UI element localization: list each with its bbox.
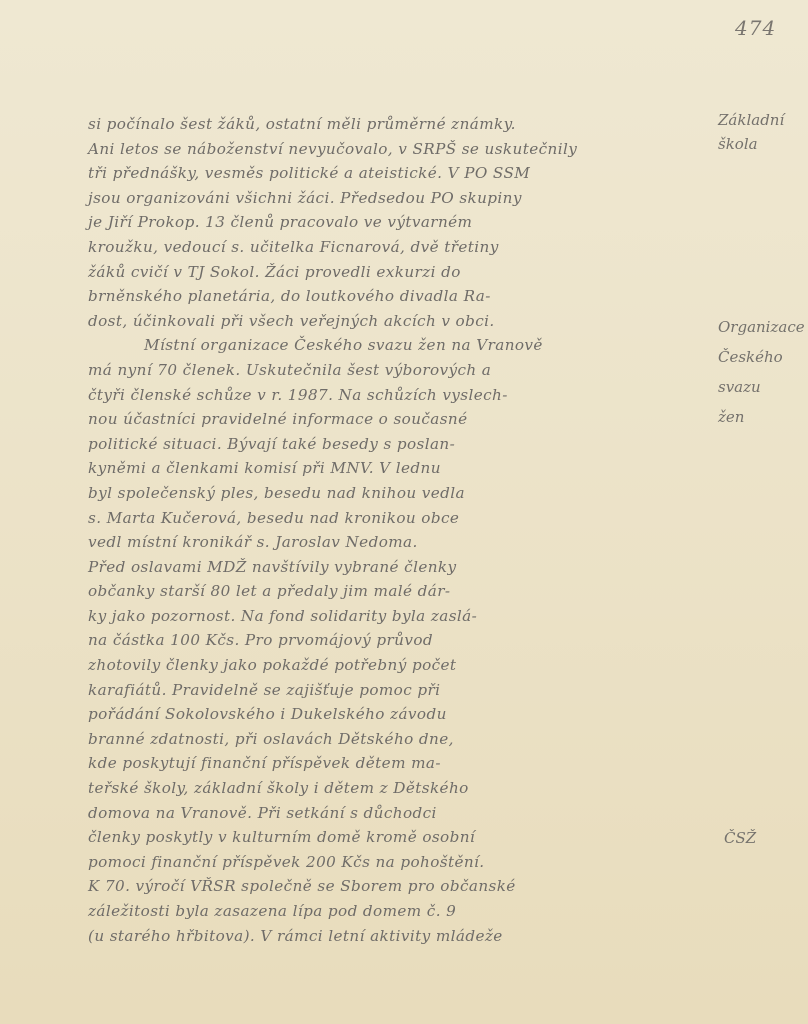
margin-note-line: žen: [718, 402, 805, 432]
margin-note-zakladni-skola: Základní škola: [718, 108, 784, 156]
text-line: dost, účinkovali při všech veřejných akc…: [88, 309, 708, 334]
text-line: pořádání Sokolovského i Dukelského závod…: [88, 702, 708, 727]
text-line: občanky starší 80 let a předaly jim malé…: [88, 579, 708, 604]
text-line: politické situaci. Bývají také besedy s …: [88, 432, 708, 457]
text-line: je Jiří Prokop. 13 členů pracovalo ve vý…: [88, 210, 708, 235]
text-line: na částka 100 Kčs. Pro prvomájový průvod: [88, 628, 708, 653]
text-line: vedl místní kronikář s. Jaroslav Nedoma.: [88, 530, 708, 555]
chronicle-page: 474 Základní škola Organizace Českého sv…: [0, 0, 808, 1024]
text-line: kde poskytují finanční příspěvek dětem m…: [88, 751, 708, 776]
text-line: žáků cvičí v TJ Sokol. Žáci provedli exk…: [88, 260, 708, 285]
text-line: branné zdatnosti, při oslavách Dětského …: [88, 727, 708, 752]
text-line: čtyři členské schůze v r. 1987. Na schůz…: [88, 383, 708, 408]
margin-note-line: škola: [718, 132, 784, 156]
text-line: (u starého hřbitova). V rámci letní akti…: [88, 924, 708, 949]
text-line: teřské školy, základní školy i dětem z D…: [88, 776, 708, 801]
text-line: tři přednášky, vesměs politické a ateist…: [88, 161, 708, 186]
text-line: s. Marta Kučerová, besedu nad kronikou o…: [88, 506, 708, 531]
text-line: zhotovily členky jako pokaždé potřebný p…: [88, 653, 708, 678]
margin-note-organizace-csz: Organizace Českého svazu žen: [718, 312, 805, 432]
text-line: členky poskytly v kulturním domě kromě o…: [88, 825, 708, 850]
margin-note-line: ČSŽ: [724, 826, 756, 850]
text-line: kyněmi a členkami komisí při MNV. V ledn…: [88, 456, 708, 481]
text-line: nou účastníci pravidelné informace o sou…: [88, 407, 708, 432]
handwritten-body-text: si počínalo šest žáků, ostatní měli prům…: [88, 112, 708, 948]
margin-note-csz: ČSŽ: [724, 826, 756, 850]
text-line: brněnského planetária, do loutkového div…: [88, 284, 708, 309]
margin-note-line: Českého: [718, 342, 805, 372]
text-line: si počínalo šest žáků, ostatní měli prům…: [88, 112, 708, 137]
text-line: má nyní 70 členek. Uskutečnila šest výbo…: [88, 358, 708, 383]
text-line-paragraph-start: Místní organizace Českého svazu žen na V…: [88, 333, 708, 358]
page-number: 474: [735, 16, 776, 40]
text-line: Před oslavami MDŽ navštívily vybrané čle…: [88, 555, 708, 580]
text-line: Ani letos se náboženství nevyučovalo, v …: [88, 137, 708, 162]
text-line: pomoci finanční příspěvek 200 Kčs na poh…: [88, 850, 708, 875]
margin-note-line: Organizace: [718, 312, 805, 342]
text-line: záležitosti byla zasazena lípa pod domem…: [88, 899, 708, 924]
text-line: jsou organizováni všichni žáci. Předsedo…: [88, 186, 708, 211]
text-line: kroužku, vedoucí s. učitelka Ficnarová, …: [88, 235, 708, 260]
margin-note-line: Základní: [718, 108, 784, 132]
text-line: byl společenský ples, besedu nad knihou …: [88, 481, 708, 506]
margin-note-line: svazu: [718, 372, 805, 402]
text-line: K 70. výročí VŘSR společně se Sborem pro…: [88, 874, 708, 899]
text-line: karafiátů. Pravidelně se zajišťuje pomoc…: [88, 678, 708, 703]
text-line: domova na Vranově. Při setkání s důchodc…: [88, 801, 708, 826]
text-line: ky jako pozornost. Na fond solidarity by…: [88, 604, 708, 629]
